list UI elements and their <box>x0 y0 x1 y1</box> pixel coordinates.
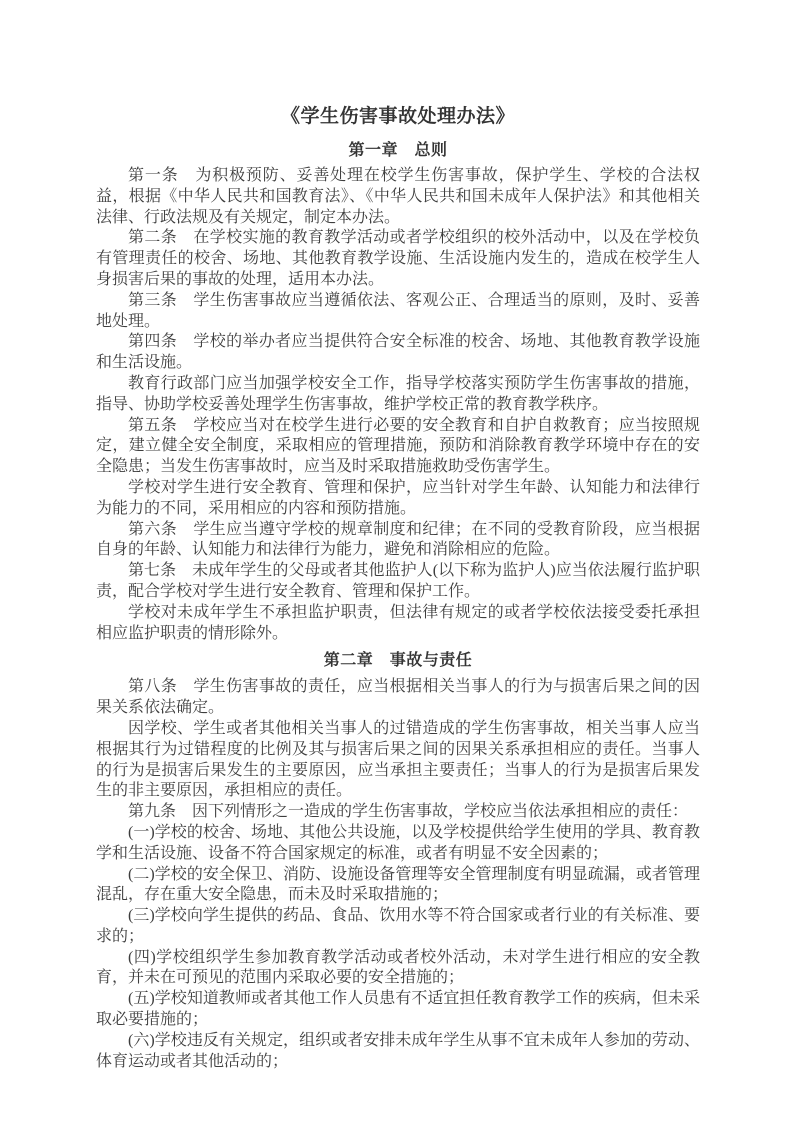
document-page: 《学生伤害事故处理办法》 第一章 总则 第一条 为积极预防、妥善处理在校学生伤害… <box>0 0 793 1122</box>
chapter-general-provisions: 第一章 总则 第一条 为积极预防、妥善处理在校学生伤害事故，保护学生、学校的合法… <box>96 140 700 644</box>
article-3-paragraph: 第三条 学生伤害事故应当遵循依法、客观公正、合理适当的原则，及时、妥善地处理。 <box>96 291 700 333</box>
article-8-paragraph-2: 因学校、学生或者其他相关当事人的过错造成的学生伤害事故，相关当事人应当根据其行为… <box>96 719 700 802</box>
article-2-paragraph: 第二条 在学校实施的教育教学活动或者学校组织的校外活动中，以及在学校负有管理责任… <box>96 228 700 290</box>
article-9-item-1: (一)学校的校舍、场地、其他公共设施，以及学校提供给学生使用的学具、教育教学和生… <box>96 823 700 865</box>
article-4-paragraph-2: 教育行政部门应当加强学校安全工作，指导学校落实预防学生伤害事故的措施，指导、协助… <box>96 374 700 416</box>
article-9-item-2: (二)学校的安全保卫、消防、设施设备管理等安全管理制度有明显疏漏，或者管理混乱，… <box>96 865 700 907</box>
document-title: 《学生伤害事故处理办法》 <box>96 105 700 129</box>
article-1-paragraph: 第一条 为积极预防、妥善处理在校学生伤害事故，保护学生、学校的合法权益，根据《中… <box>96 166 700 228</box>
article-6-paragraph: 第六条 学生应当遵守学校的规章制度和纪律；在不同的受教育阶段，应当根据自身的年龄… <box>96 520 700 562</box>
article-7-paragraph-2: 学校对未成年学生不承担监护职责，但法律有规定的或者学校依法接受委托承担相应监护职… <box>96 603 700 645</box>
chapter-accidents-and-liability: 第二章 事故与责任 第八条 学生伤害事故的责任，应当根据相关当事人的行为与损害后… <box>96 650 700 1072</box>
article-9-item-5: (五)学校知道教师或者其他工作人员患有不适宜担任教育教学工作的疾病，但未采取必要… <box>96 989 700 1031</box>
chapter-2-heading: 第二章 事故与责任 <box>96 650 700 672</box>
chapter-1-heading: 第一章 总则 <box>96 140 700 162</box>
article-9-item-6: (六)学校违反有关规定，组织或者安排未成年学生从事不宜未成年人参加的劳动、体育运… <box>96 1031 700 1073</box>
article-8-paragraph: 第八条 学生伤害事故的责任，应当根据相关当事人的行为与损害后果之间的因果关系依法… <box>96 677 700 719</box>
article-9-item-4: (四)学校组织学生参加教育教学活动或者校外活动，未对学生进行相应的安全教育，并未… <box>96 948 700 990</box>
article-9-item-3: (三)学校向学生提供的药品、食品、饮用水等不符合国家或者行业的有关标准、要求的； <box>96 906 700 948</box>
article-9-paragraph: 第九条 因下列情形之一造成的学生伤害事故，学校应当依法承担相应的责任： <box>96 802 700 823</box>
article-4-paragraph: 第四条 学校的举办者应当提供符合安全标准的校舍、场地、其他教育教学设施和生活设施… <box>96 332 700 374</box>
article-7-paragraph: 第七条 未成年学生的父母或者其他监护人(以下称为监护人)应当依法履行监护职责，配… <box>96 561 700 603</box>
article-5-paragraph-2: 学校对学生进行安全教育、管理和保护，应当针对学生年龄、认知能力和法律行为能力的不… <box>96 478 700 520</box>
article-5-paragraph: 第五条 学校应当对在校学生进行必要的安全教育和自护自救教育；应当按照规定，建立健… <box>96 416 700 478</box>
